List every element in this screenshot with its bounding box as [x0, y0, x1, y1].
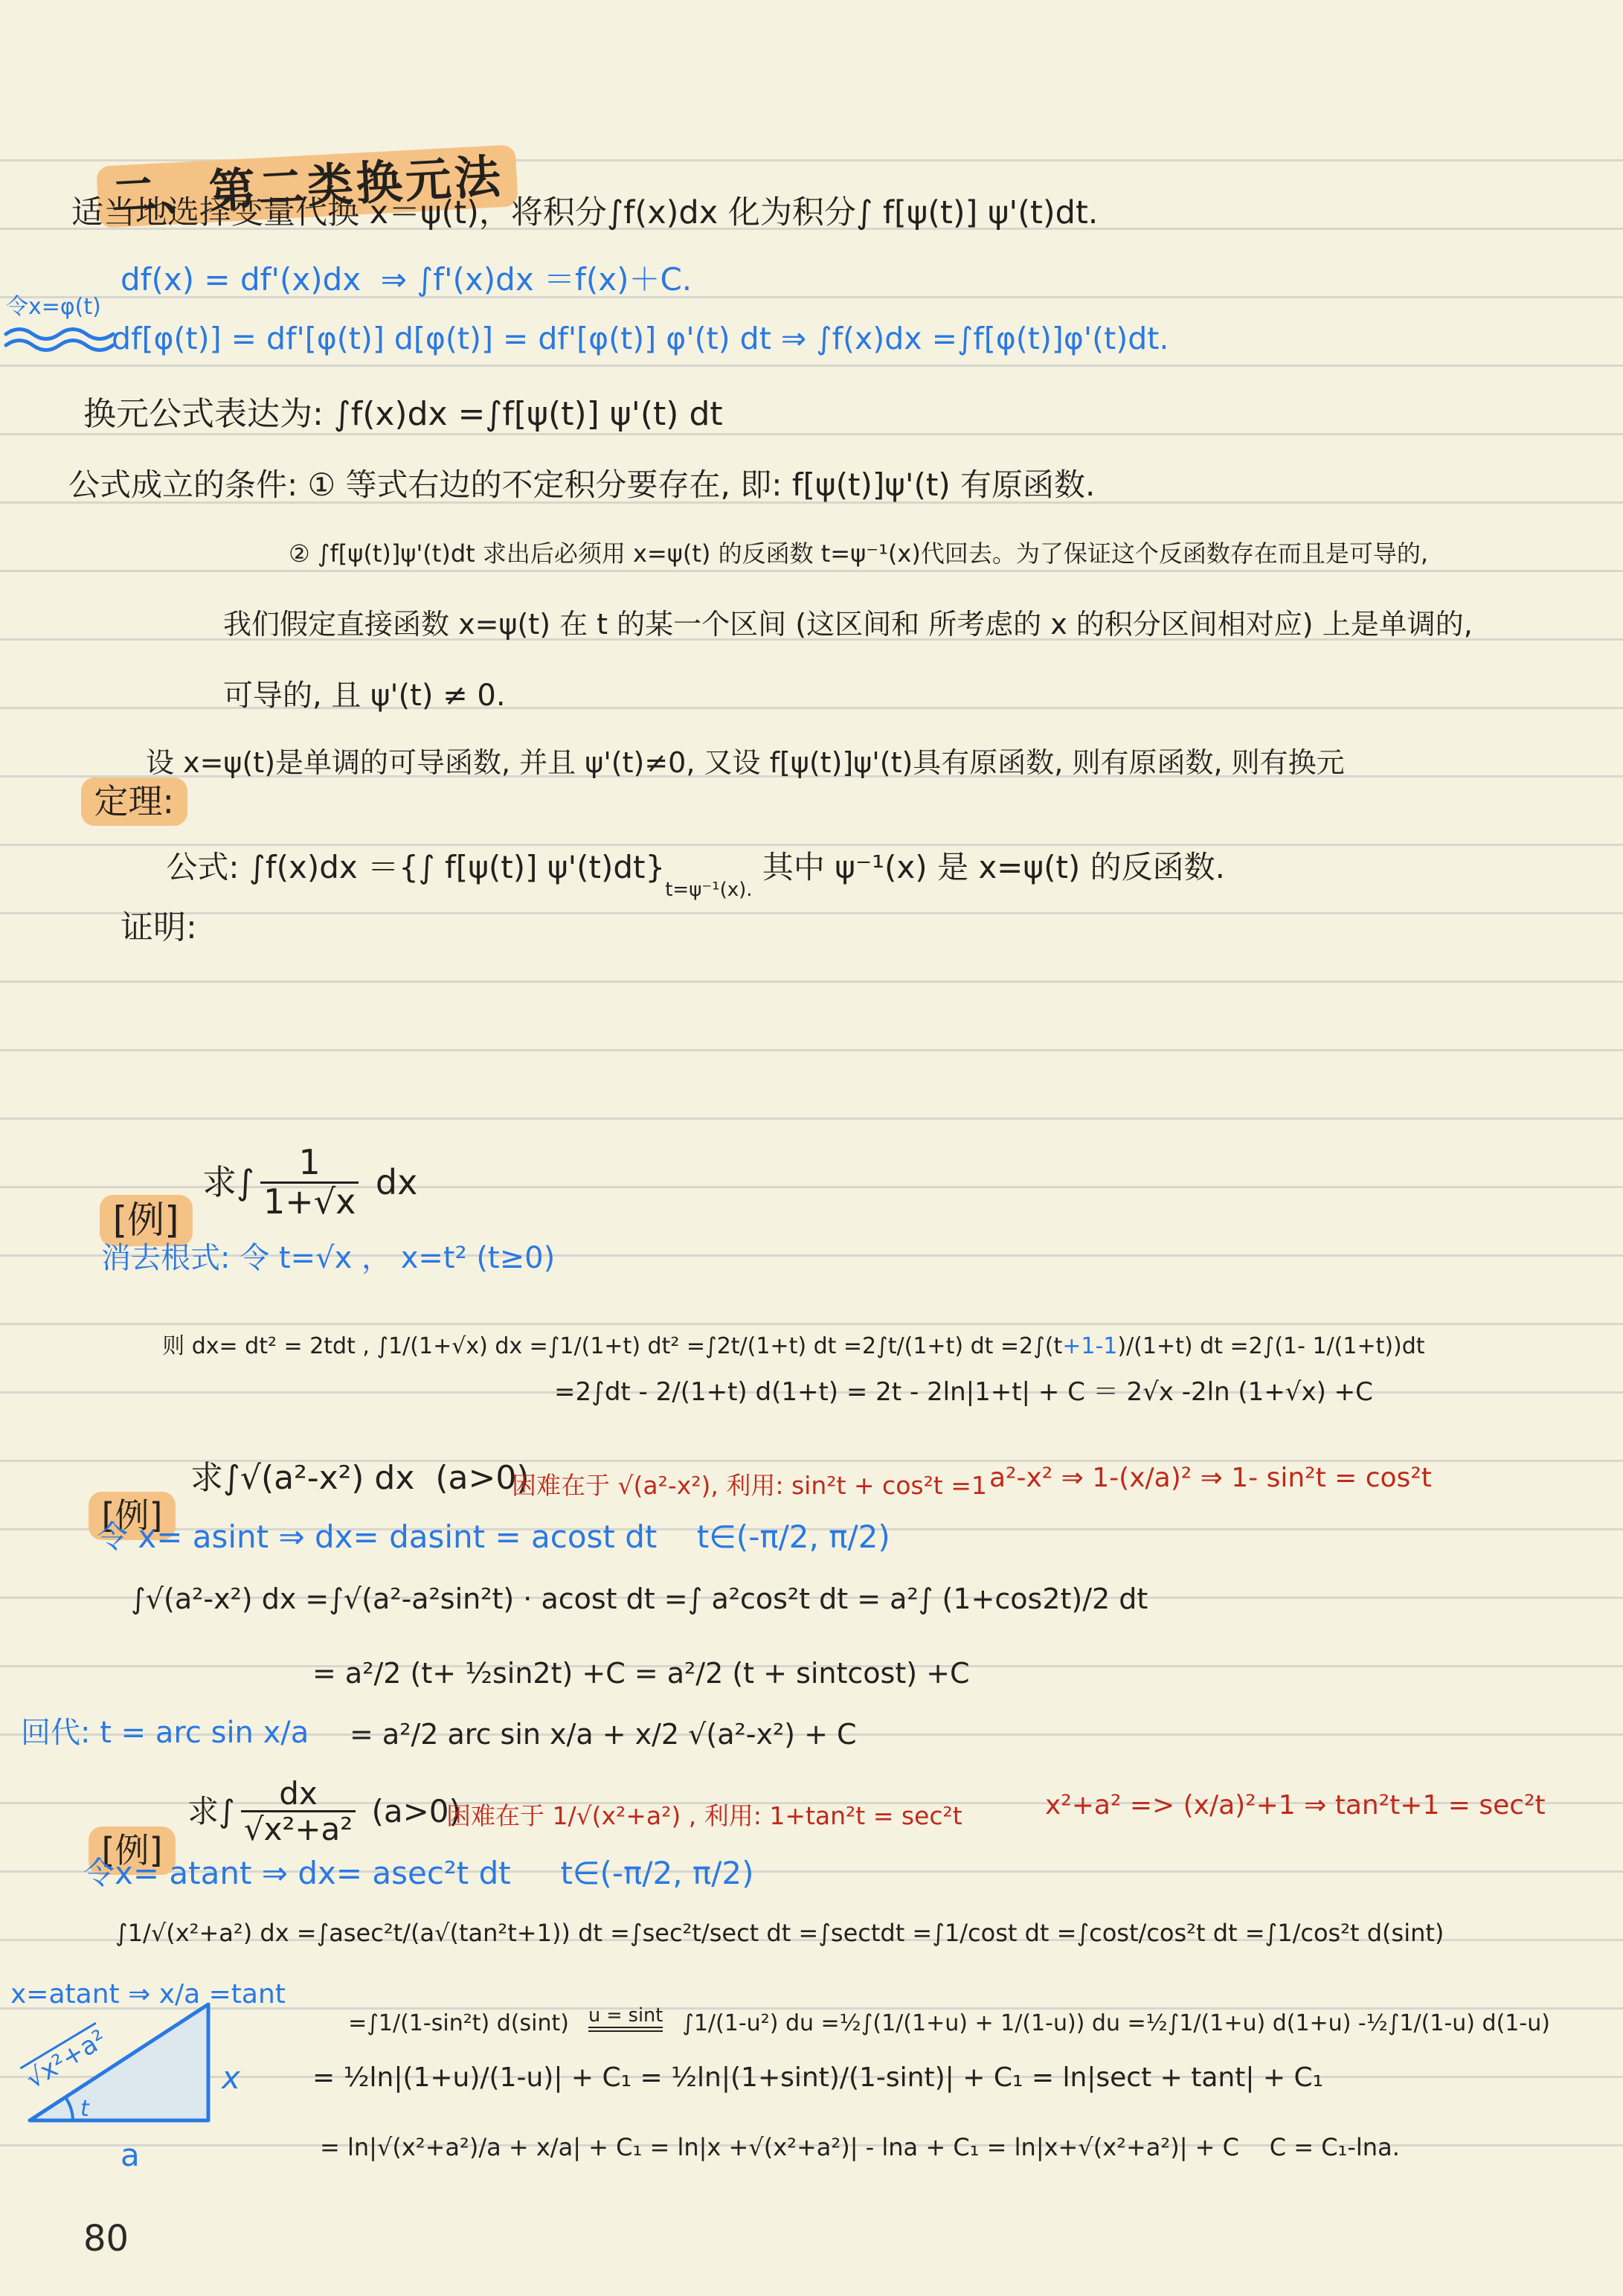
triangle-adjacent-label: a — [120, 2137, 140, 2173]
example2-back-substitution-black: = a²/2 arc sin x/a + x/2 √(a²-x²) + C — [350, 1719, 857, 1751]
example2-label: [例] — [45, 1452, 176, 1580]
example3-fraction-denominator: √x²+a² — [241, 1812, 356, 1846]
section-title: 二、第二类换元法 — [39, 103, 517, 271]
theorem-formula-subscript: t=ψ⁻¹(x). — [665, 879, 752, 901]
example3-fraction: dx√x²+a² — [241, 1777, 356, 1847]
example2-substitution: 令 x= asint ⇒ dx= dasint = acost dt t∈(-π… — [97, 1519, 890, 1555]
example2-step-1: ∫√(a²-x²) dx =∫√(a²-a²sin²t) · acost dt … — [131, 1583, 1148, 1616]
notebook-page: 二、第二类换元法 适当地选择变量代换 x＝ψ(t)，将积分∫f(x)dx 化为积… — [0, 0, 1623, 2296]
derivation-line-2: df[φ(t)] = df'[φ(t)] d[φ(t)] = df'[φ(t)]… — [112, 321, 1169, 356]
example2-difficulty-note: 困难在于 √(a²-x²), 利用: sin²t + cos²t =1 — [512, 1472, 987, 1500]
example3-fraction-numerator: dx — [241, 1777, 356, 1812]
example1-fraction-numerator: 1 — [260, 1144, 359, 1184]
example3-step-2: =∫1/(1-sin²t) d(sint)u = sint∫1/(1-u²) d… — [320, 1985, 1550, 2066]
example3-step2-a: =∫1/(1-sin²t) d(sint) — [348, 2010, 569, 2036]
derivation-line-1: df(x) = df'(x)dx ⇒ ∫f'(x)dx ＝f(x)＋C. — [120, 262, 692, 298]
triangle-angle-label: t — [80, 2096, 90, 2122]
example3-difficulty-note: 困难在于 1/√(x²+a²) , 利用: 1+tan²t = sec²t — [446, 1802, 962, 1830]
theorem-formula-suffix: 其中 ψ⁻¹(x) 是 x=ψ(t) 的反函数. — [753, 849, 1225, 885]
example3-identity-note: x²+a² => (x/a)²+1 ⇒ tan²t+1 = sec²t — [1045, 1790, 1546, 1821]
example3-substitution: 令x= atant ⇒ dx= asec²t dt t∈(-π/2, π/2) — [83, 1856, 753, 1891]
example1-problem: 求∫11+√x dx — [202, 1144, 417, 1220]
example2-problem: 求∫√(a²-x²) dx (a>0) — [190, 1460, 530, 1498]
example1-step1-black-a: 则 dx= dt² = 2tdt , ∫1/(1+√x) dx =∫1/(1+t… — [162, 1333, 1062, 1359]
triangle-opposite-label: x — [222, 2059, 240, 2096]
example2-identity-note: a²-x² ⇒ 1-(x/a)² ⇒ 1- sin²t = cos²t — [989, 1463, 1432, 1493]
example3-step2-b: ∫1/(1-u²) du =½∫(1/(1+u) + 1/(1-u)) du =… — [682, 2010, 1550, 2036]
example1-problem-suffix: dx — [364, 1163, 417, 1202]
example1-step-1: 则 dx= dt² = 2tdt , ∫1/(1+√x) dx =∫1/(1+t… — [134, 1308, 1425, 1385]
intro-text: 适当地选择变量代换 x＝ψ(t)，将积分∫f(x)dx 化为积分∫ f[ψ(t)… — [71, 195, 1098, 231]
example2-back-substitution-blue: 回代: t = arc sin x/a — [21, 1716, 309, 1750]
example1-fraction-denominator: 1+√x — [260, 1184, 359, 1221]
page-number: 80 — [83, 2219, 129, 2260]
example1-fraction: 11+√x — [260, 1144, 359, 1220]
example1-step1-black-b: )/(1+t) dt =2∫(1- 1/(1+t))dt — [1117, 1333, 1424, 1359]
theorem-body-2: 公式: ∫f(x)dx ＝{∫ f[ψ(t)] ψ'(t)dt}t=ψ⁻¹(x)… — [126, 814, 1225, 927]
example1-step1-blue-insert: +1-1 — [1062, 1333, 1117, 1359]
substitution-note: 令x=φ(t) — [6, 295, 101, 321]
example3-problem-prefix: 求∫ — [187, 1794, 235, 1830]
condition-2-line-c: 可导的, 且 ψ'(t) ≠ 0. — [223, 679, 506, 713]
theorem-formula: 公式: ∫f(x)dx ＝{∫ f[ψ(t)] ψ'(t)dt} — [166, 849, 665, 885]
example3-step-3: = ½ln|(1+u)/(1-u)| + C₁ = ½ln|(1+sint)/(… — [312, 2062, 1323, 2093]
example3-problem: 求∫dx√x²+a² (a>0) — [187, 1777, 461, 1847]
example3-u-substitution: u = sint — [588, 2005, 663, 2032]
condition-2-line-b: 我们假定直接函数 x=ψ(t) 在 t 的某一个区间 (这区间和 所考虑的 x … — [223, 609, 1473, 641]
condition-2-line-a: ② ∫f[ψ(t)]ψ'(t)dt 求出后必须用 x=ψ(t) 的反函数 t=ψ… — [289, 540, 1428, 568]
theorem-body-1: 设 x=ψ(t)是单调的可导函数, 并且 ψ'(t)≠0, 又设 f[ψ(t)]… — [146, 747, 1345, 780]
example1-step-2: =2∫dt - 2/(1+t) d(1+t) = 2t - 2ln|1+t| +… — [554, 1378, 1373, 1407]
example3-label: [例] — [45, 1787, 176, 1914]
example3-step-1: ∫1/√(x²+a²) dx =∫asec²t/(a√(tan²t+1)) dt… — [115, 1920, 1444, 1947]
condition-1: 公式成立的条件: ① 等式右边的不定积分要存在, 即: f[ψ(t)]ψ'(t)… — [68, 467, 1095, 503]
substitution-formula: 换元公式表达为: ∫f(x)dx =∫f[ψ(t)] ψ'(t) dt — [83, 396, 723, 434]
example1-problem-prefix: 求∫ — [202, 1163, 254, 1202]
proof-label: 证明: — [120, 909, 197, 947]
example2-step-2: = a²/2 (t+ ½sin2t) +C = a²/2 (t + sintco… — [312, 1658, 970, 1690]
example3-step-4: = ln|√(x²+a²)/a + x/a| + C₁ = ln|x +√(x²… — [320, 2134, 1400, 2161]
wavy-underline — [4, 327, 116, 354]
example1-label-highlight: [例] — [100, 1195, 193, 1247]
example1-hint: 消去根式: 令 t=√x ， x=t² (t≥0) — [101, 1241, 555, 1275]
